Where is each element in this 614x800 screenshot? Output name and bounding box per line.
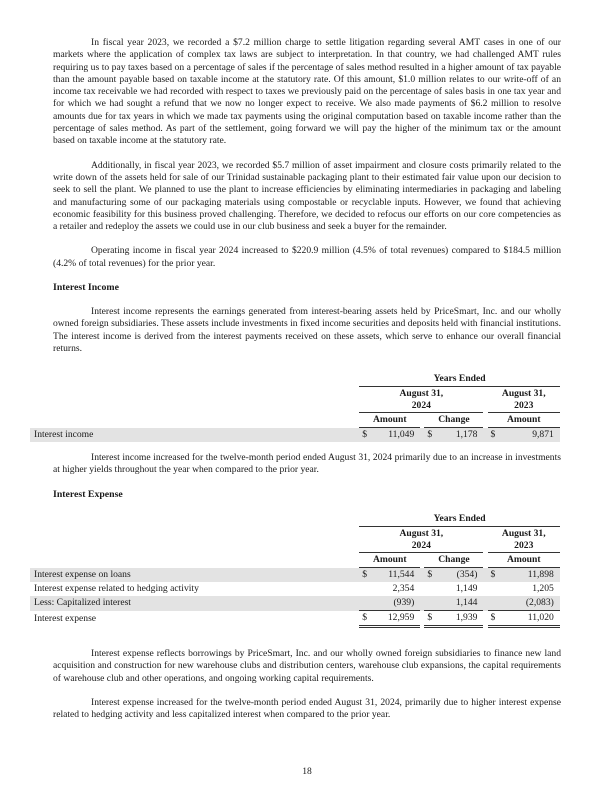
amount-2023-cell: (2,083): [502, 596, 556, 611]
amount-2024-cell: (939): [373, 596, 416, 611]
asset-impairment-paragraph: Additionally, in fiscal year 2023, we re…: [53, 160, 561, 234]
page-number: 18: [0, 766, 614, 777]
interest-income-commentary: Interest income increased for the twelve…: [53, 452, 561, 477]
change-col: Change: [424, 413, 483, 428]
amt-litigation-paragraph: In fiscal year 2023, we recorded a $7.2 …: [53, 37, 561, 148]
row-label: Interest income: [30, 428, 359, 443]
table-row: Interest expense on loans $ 11,544 $ (35…: [30, 568, 560, 583]
interest-expense-table: Years Ended August 31, 2024 August 31, 2…: [30, 512, 560, 628]
row-label: Interest expense related to hedging acti…: [30, 582, 359, 596]
operating-income-paragraph: Operating income in fiscal year 2024 inc…: [53, 245, 561, 270]
amount-2024-col: Amount: [359, 413, 420, 428]
currency-symbol: $: [488, 568, 502, 583]
period-2023-header: August 31, 2023: [488, 527, 560, 553]
currency-symbol: $: [488, 428, 502, 443]
change-cell: (354): [439, 568, 480, 583]
amount-2023-cell: 11,020: [502, 611, 556, 627]
years-ended-header: Years Ended: [359, 512, 560, 527]
change-col: Change: [424, 553, 483, 568]
table-row-total: Interest expense $ 12,959 $ 1,939 $ 11,0…: [30, 611, 560, 627]
interest-expense-commentary-block: Interest expense reflects borrowings by …: [53, 648, 561, 721]
amount-2024-cell: 11,544: [373, 568, 416, 583]
row-label: Interest expense on loans: [30, 568, 359, 583]
amount-2024-col: Amount: [359, 553, 420, 568]
change-cell: 1,149: [439, 582, 480, 596]
table-row: Less: Capitalized interest (939) 1,144 (…: [30, 596, 560, 611]
period-2024-header: August 31, 2024: [359, 387, 483, 413]
years-ended-header: Years Ended: [359, 372, 560, 387]
amount-2024-cell: 12,959: [373, 611, 416, 627]
change-cell: 1,939: [439, 611, 480, 627]
currency-symbol: $: [359, 428, 373, 443]
interest-expense-commentary-1: Interest expense reflects borrowings by …: [53, 648, 561, 685]
amount-2023-col: Amount: [488, 413, 560, 428]
interest-income-commentary-block: Interest income increased for the twelve…: [53, 452, 561, 501]
row-label: Interest expense: [30, 611, 359, 627]
amount-2023-cell: 1,205: [502, 582, 556, 596]
amount-2024-cell: 2,354: [373, 582, 416, 596]
interest-expense-commentary-2: Interest expense increased for the twelv…: [53, 697, 561, 722]
amount-2023-col: Amount: [488, 553, 560, 568]
currency-symbol: $: [424, 611, 438, 627]
currency-symbol: $: [488, 611, 502, 627]
amount-2023-cell: 11,898: [502, 568, 556, 583]
table-row: Interest income $ 11,049 $ 1,178 $ 9,871: [30, 428, 560, 443]
document-page: In fiscal year 2023, we recorded a $7.2 …: [53, 37, 561, 355]
currency-symbol: $: [424, 428, 438, 443]
currency-symbol: $: [359, 568, 373, 583]
change-cell: 1,144: [439, 596, 480, 611]
period-2023-header: August 31, 2023: [488, 387, 560, 413]
currency-symbol: $: [359, 611, 373, 627]
table-row: Interest expense related to hedging acti…: [30, 582, 560, 596]
row-label: Less: Capitalized interest: [30, 596, 359, 611]
interest-income-intro: Interest income represents the earnings …: [53, 306, 561, 355]
currency-symbol: $: [424, 568, 438, 583]
period-2024-header: August 31, 2024: [359, 527, 483, 553]
amount-2023-cell: 9,871: [502, 428, 556, 443]
interest-expense-heading: Interest Expense: [53, 489, 561, 501]
interest-income-heading: Interest Income: [53, 282, 561, 294]
change-cell: 1,178: [439, 428, 480, 443]
interest-income-table: Years Ended August 31, 2024 August 31, 2…: [30, 372, 560, 442]
amount-2024-cell: 11,049: [373, 428, 416, 443]
